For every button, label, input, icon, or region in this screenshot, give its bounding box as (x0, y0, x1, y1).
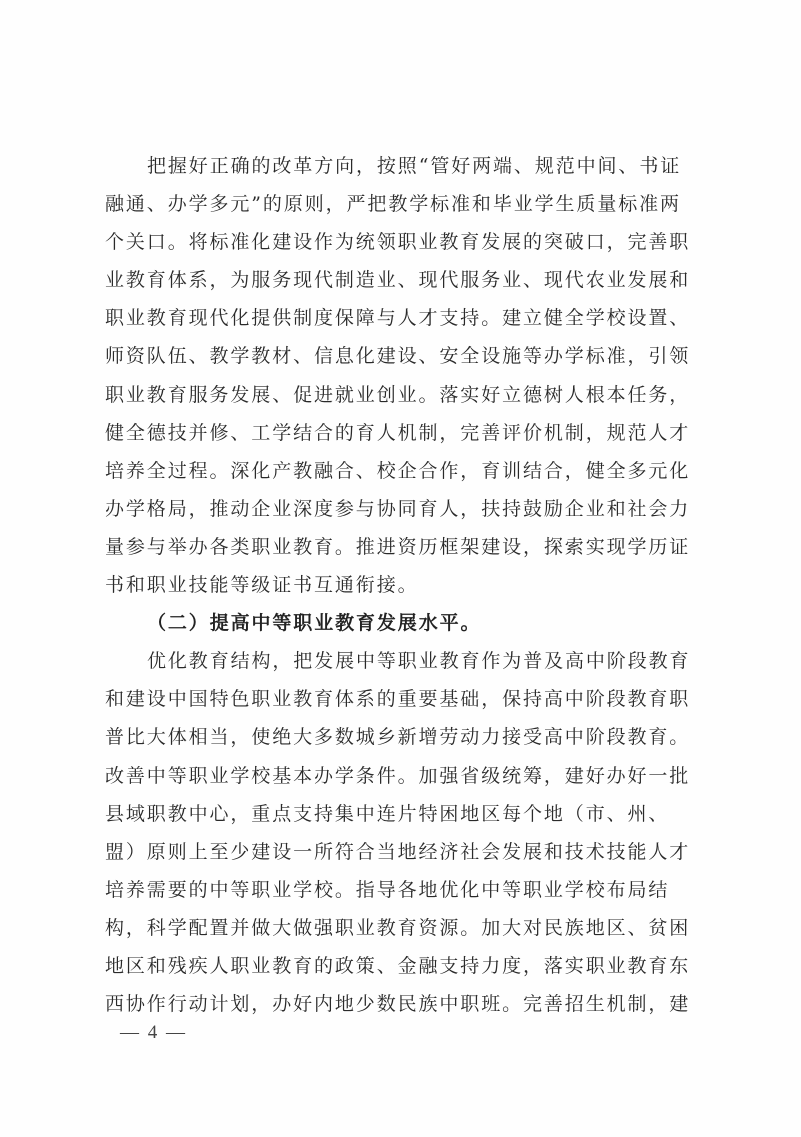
paragraph-line: 盟）原则上至少建设一所符合当地经济社会发展和技术技能人才 (105, 833, 705, 871)
document-body: 把握好正确的改革方向，按照“管好两端、规范中间、书证 融通、办学多元”的原则，严… (105, 147, 705, 1023)
paragraph-line: 地区和残疾人职业教育的政策、金融支持力度，落实职业教育东 (105, 947, 705, 985)
paragraph-line: 职业教育现代化提供制度保障与人才支持。建立健全学校设置、 (105, 299, 705, 337)
paragraph-line: 培养需要的中等职业学校。指导各地优化中等职业学校布局结 (105, 871, 705, 909)
paragraph-line: 个关口。将标准化建设作为统领职业教育发展的突破口，完善职 (105, 223, 705, 261)
paragraph-line: 量参与举办各类职业教育。推进资历框架建设，探索实现学历证 (105, 528, 705, 566)
paragraph-line: 县域职教中心，重点支持集中连片特困地区每个地（市、州、 (105, 795, 705, 833)
paragraph-line: 职业教育服务发展、促进就业创业。落实好立德树人根本任务， (105, 376, 705, 414)
paragraph-line: 西协作行动计划，办好内地少数民族中职班。完善招生机制，建 (105, 985, 705, 1023)
paragraph-line: 书和职业技能等级证书互通衔接。 (105, 566, 705, 604)
paragraph-line: 业教育体系，为服务现代制造业、现代服务业、现代农业发展和 (105, 261, 705, 299)
section-heading: （二）提高中等职业教育发展水平。 (105, 604, 705, 642)
paragraph-line: 培养全过程。深化产教融合、校企合作，育训结合，健全多元化 (105, 452, 705, 490)
paragraph-line: 优化教育结构，把发展中等职业教育作为普及高中阶段教育 (105, 642, 705, 680)
paragraph-line: 和建设中国特色职业教育体系的重要基础，保持高中阶段教育职 (105, 680, 705, 718)
document-page: 把握好正确的改革方向，按照“管好两端、规范中间、书证 融通、办学多元”的原则，严… (0, 0, 801, 1137)
paragraph-line: 师资队伍、教学教材、信息化建设、安全设施等办学标准，引领 (105, 337, 705, 375)
paragraph-line: 改善中等职业学校基本办学条件。加强省级统筹，建好办好一批 (105, 757, 705, 795)
paragraph-line: 办学格局，推动企业深度参与协同育人，扶持鼓励企业和社会力 (105, 490, 705, 528)
paragraph-line: 构，科学配置并做大做强职业教育资源。加大对民族地区、贫困 (105, 909, 705, 947)
paragraph-line: 融通、办学多元”的原则，严把教学标准和毕业学生质量标准两 (105, 185, 705, 223)
paragraph-line: 普比大体相当，使绝大多数城乡新增劳动力接受高中阶段教育。 (105, 718, 705, 756)
page-number: — 4 — (120, 1022, 187, 1044)
paragraph-line: 健全德技并修、工学结合的育人机制，完善评价机制，规范人才 (105, 414, 705, 452)
paragraph-line: 把握好正确的改革方向，按照“管好两端、规范中间、书证 (105, 147, 705, 185)
